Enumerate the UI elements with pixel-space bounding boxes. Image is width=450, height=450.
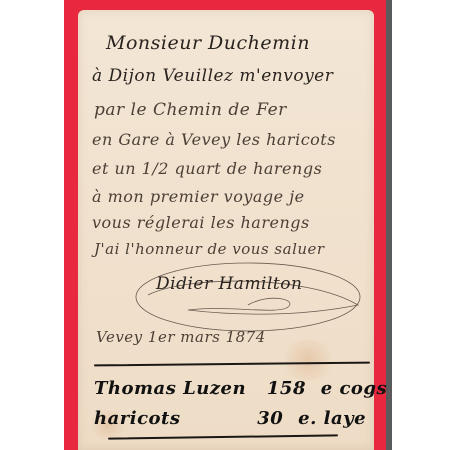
letter-card: Monsieur Duchemin à Dijon Veuillez m'env… bbox=[78, 10, 374, 450]
place-date: Vevey 1er mars 1874 bbox=[96, 328, 266, 346]
letter-line-6: à mon premier voyage je bbox=[92, 187, 305, 206]
signature: Didier Hamilton bbox=[156, 274, 302, 294]
letter-line-7: vous réglerai les harengs bbox=[92, 213, 310, 232]
divider-bottom bbox=[108, 434, 338, 439]
note-item: haricots bbox=[94, 408, 181, 429]
note-unit: e cogs bbox=[321, 378, 387, 399]
letter-line-5: et un 1/2 quart de harengs bbox=[92, 159, 322, 178]
letter-line-3: par le Chemin de Fer bbox=[94, 100, 287, 120]
note-row-2: haricots 30 e. laye bbox=[94, 408, 366, 429]
note-qty: 158 bbox=[267, 378, 306, 399]
note-unit: e. laye bbox=[298, 408, 366, 429]
letter-line-1: Monsieur Duchemin bbox=[106, 32, 310, 54]
note-qty: 30 bbox=[257, 408, 283, 429]
letter-line-4: en Gare à Vevey les haricots bbox=[92, 130, 336, 149]
note-row-1: Thomas Luzen 158 e cogs bbox=[94, 378, 387, 399]
note-item: Thomas Luzen bbox=[94, 378, 246, 399]
letter-line-2: à Dijon Veuillez m'envoyer bbox=[92, 66, 333, 86]
paper-stain bbox=[278, 340, 338, 380]
